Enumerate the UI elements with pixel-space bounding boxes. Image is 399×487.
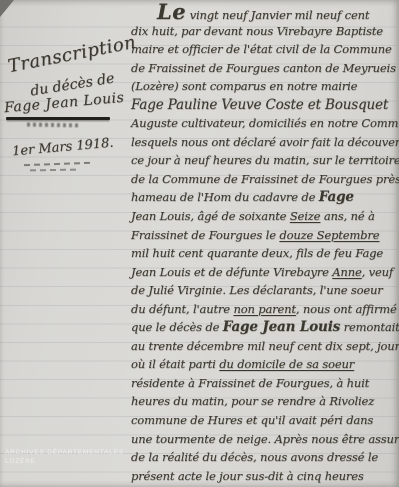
manuscript-line: Fraissinet de Fourgues le douze Septembr… (131, 226, 397, 245)
manuscript-line: ce jour à neuf heures du matin, sur le t… (131, 151, 397, 170)
manuscript-line: présent acte le jour sus-dit à cinq heur… (131, 467, 397, 486)
manuscript-line: Jean Louis et de défunte Virebayre Anne,… (131, 263, 397, 282)
manuscript-line: lesquels nous ont déclaré avoir fait la … (131, 133, 397, 152)
manuscript-line: où il était parti du domicile de sa soeu… (131, 355, 397, 374)
margin-date: 1er Mars 1918. (12, 136, 115, 160)
manuscript-line: mil huit cent quarante deux, fils de feu… (131, 244, 397, 263)
manuscript-line: Fage Pauline Veuve Coste et Bousquet (131, 96, 397, 115)
manuscript-line: de la Commune de Fraissinet de Fourgues … (131, 170, 397, 189)
manuscript-text: Le vingt neuf Janvier mil neuf centdix h… (131, 3, 397, 485)
manuscript-line: de Julié Virginie. Les déclarants, l'une… (131, 281, 397, 300)
page-corner-fold (0, 0, 14, 17)
manuscript-line: heures du matin, pour se rendre à Rivoli… (131, 392, 397, 411)
scribble-dashes-bottom (30, 169, 76, 172)
archive-watermark-line2: Lozère (5, 457, 124, 466)
scribble-dashes-top (24, 162, 90, 166)
archive-watermark-line1: Archives départementales (5, 448, 124, 457)
manuscript-line: hameau de l'Hom du cadavre de Fage (131, 188, 397, 207)
manuscript-line: au trente décembre mil neuf cent dix sep… (131, 337, 397, 356)
manuscript-line: (Lozère) sont comparus en notre mairie (131, 77, 397, 96)
manuscript-line: commune de Hures et qu'il avait péri dan… (131, 411, 397, 430)
scanned-register-page: Transcription du décès de Fage Jean Loui… (0, 0, 399, 487)
manuscript-line: Auguste cultivateur, domiciliés en notre… (131, 114, 397, 133)
manuscript-line: de Fraissinet de Fourgues canton de Meyr… (131, 59, 397, 78)
archive-watermark: Archives départementales Lozère (5, 448, 124, 466)
manuscript-line: Le vingt neuf Janvier mil neuf cent (157, 3, 397, 22)
manuscript-line: du défunt, l'autre non parent, nous ont … (131, 300, 397, 319)
manuscript-line: Jean Louis, âgé de soixante Seize ans, n… (131, 207, 397, 226)
manuscript-line: maire et officier de l'état civil de la … (131, 40, 397, 59)
margin-underline-rule (6, 117, 110, 120)
ink-smudge (27, 123, 81, 128)
margin-title-line1: Transcription (6, 32, 138, 77)
manuscript-line: de la réalité du décès, nous avons dress… (131, 448, 397, 467)
manuscript-line: que le décès de Fage Jean Louis remontai… (131, 318, 397, 337)
manuscript-line: résidente à Fraissinet de Fourgues, à hu… (131, 374, 397, 393)
manuscript-line: dix huit, par devant nous Virebayre Bapt… (131, 22, 397, 41)
manuscript-line: une tourmente de neige. Après nous être … (131, 430, 397, 449)
